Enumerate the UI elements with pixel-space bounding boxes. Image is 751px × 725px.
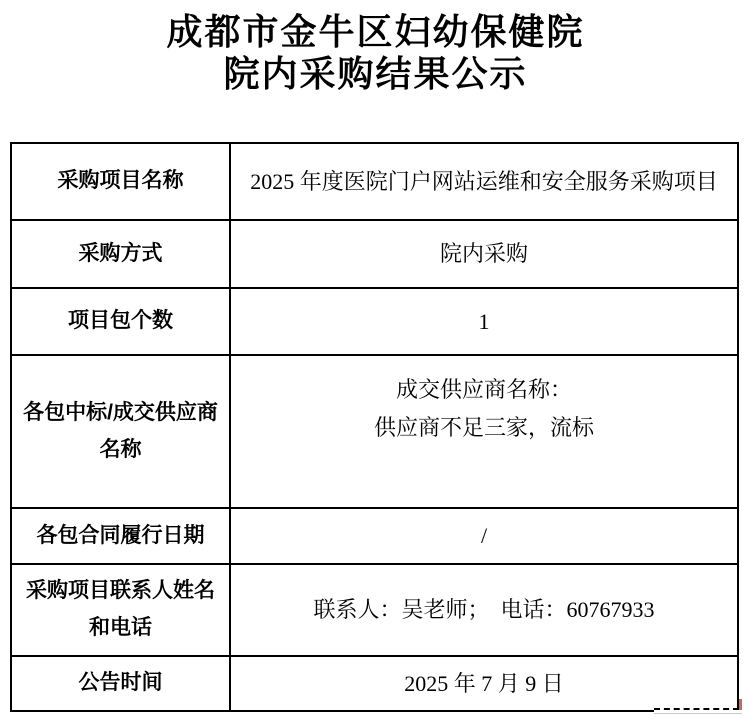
row-value: / [230,508,738,564]
table-row-project-name: 采购项目名称 2025 年度医院门户网站运维和安全服务采购项目 [11,143,738,220]
row-label: 项目包个数 [11,288,230,355]
table-row-contract-date: 各包合同履行日期 / [11,508,738,564]
row-label: 采购方式 [11,220,230,288]
row-value: 联系人：吴老师； 电话：60767933 [230,564,738,656]
row-label: 采购项目名称 [11,143,230,220]
row-value: 2025 年 7 月 9 日 [230,656,738,711]
row-value-line1: 成交供应商名称： [241,371,727,408]
row-value: 院内采购 [230,220,738,288]
page-title: 成都市金牛区妇幼保健院 院内采购结果公示 [0,12,751,96]
row-value: 2025 年度医院门户网站运维和安全服务采购项目 [230,143,738,220]
row-value: 成交供应商名称： 供应商不足三家，流标 [230,355,738,508]
table-row-announcement-time: 公告时间 2025 年 7 月 9 日 [11,656,738,711]
page-break-shadow-line [654,713,742,714]
table-row-procurement-method: 采购方式 院内采购 [11,220,738,288]
page-title-line1: 成都市金牛区妇幼保健院 [0,12,751,54]
procurement-result-table: 采购项目名称 2025 年度医院门户网站运维和安全服务采购项目 采购方式 院内采… [10,142,739,712]
row-label: 各包合同履行日期 [11,508,230,564]
row-label: 公告时间 [11,656,230,711]
table-row-winning-supplier: 各包中标/成交供应商名称 成交供应商名称： 供应商不足三家，流标 [11,355,738,508]
row-label: 各包中标/成交供应商名称 [11,355,230,508]
announcement-page: 成都市金牛区妇幼保健院 院内采购结果公示 采购项目名称 2025 年度医院门户网… [0,0,751,725]
row-label: 采购项目联系人姓名和电话 [11,564,230,656]
row-value-line2: 供应商不足三家，流标 [241,409,727,446]
page-title-line2: 院内采购结果公示 [0,54,751,96]
table-row-contact-info: 采购项目联系人姓名和电话 联系人：吴老师； 电话：60767933 [11,564,738,656]
corner-marker [739,699,742,710]
row-value: 1 [230,288,738,355]
table-row-package-count: 项目包个数 1 [11,288,738,355]
